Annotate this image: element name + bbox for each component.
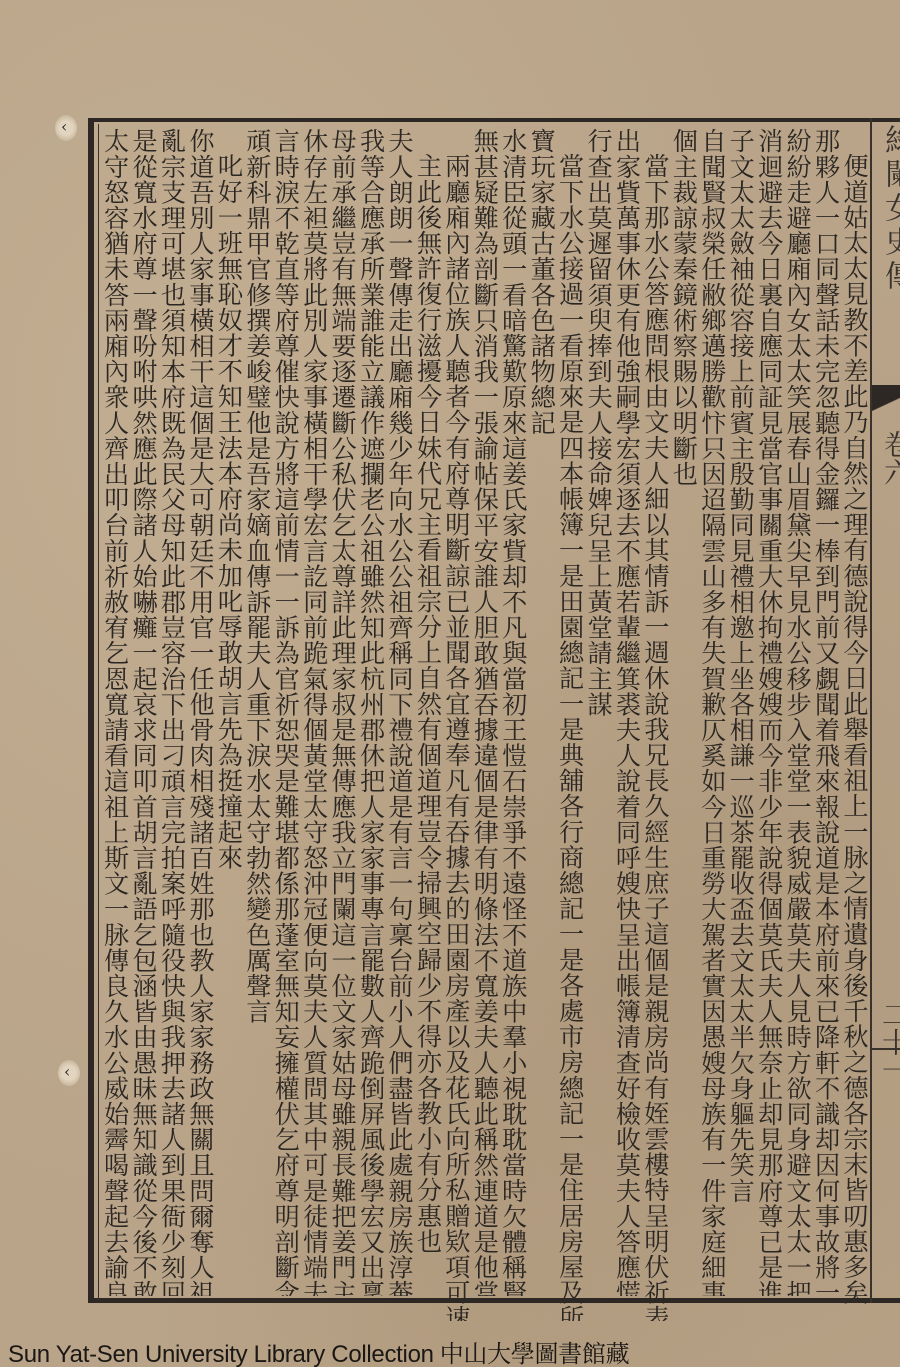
text-column: 你道吾別人家事橫相干這個是大可朝廷不用官一任他骨肉相殘諸百姓那也教人家家務政無關… [188,128,216,1296]
text-column: 那夥人一口同聲話未完忽聽得金鑼一棒到門前又覷聞着飛來報說道是本府前來已降軒不識却… [813,128,841,1296]
text-column: 寶玩家藏古董各色諸物總記 [529,128,557,1296]
text-column: 休存左袒莫將此別人家事橫相干學宏言訖同前跪氣得個黃堂太守怒沖冠便向莫夫人質問其中… [301,128,329,1296]
text-column: 消迴避去今日裏自應同証見當官事關重大休拘禮嫂嫂而今非少年說得個莫氏夫人無奈止却見… [756,128,784,1296]
text-column: 子文太太斂袖從容接上前賓主殷勤同見禮相邀上坐各相謙一巡茶罷收盃去文太太半欠身軀先… [728,128,756,1296]
binding-hole-top: ‹ [55,115,77,141]
text-column: 無甚疑難為剖斷只消我一張諭帖保平安誰人胆敢猶吞據違個是律有明條法不寬姜夫人聽此稱… [472,128,500,1296]
binding-mark-icon: ‹ [61,117,67,136]
text-column: 當下水公接過一看原來是四本帳簿一是田園總記一是典舖各行商總記一是各處市房總記一是… [557,128,585,1321]
text-column: 太守怒容猶未答兩廂內衆人齊出叩台前祈赦宥乞恩寬請看這祖上斯文一脉傳良久水公威始霽… [102,128,130,1296]
text-column: 母前承繼豈有無端要逐遷斷公私伏乞太尊詳此理家叔是無傳應我立門闌這一位文家姑母雖親… [330,128,358,1296]
margin-book-title: 綠闌女史傳 [874,124,900,294]
collection-chinese: 中山大學圖書館藏 [440,1340,630,1367]
text-column: 是從寬水府尊一聲吩咐哄然應此際諸人始嚇癱一起哀求同叩首胡言亂語乞包涵皆由愚昧無知… [131,128,159,1296]
text-column: 自聞賢叔榮任敝鄉邁勝歡忭只因迢隔雲山多有失賀歉仄奚如今日重勞大駕者實因愚嫂母族有… [699,128,727,1296]
margin-volume-label: 卷六 [876,430,900,486]
text-column: 紛紛走避廳廂內女太太笑展春山眉黛尖早見水公移步入堂堂一表貌威嚴莫夫人見時方欲同身… [785,128,813,1296]
margin-page-number: 二十一 [874,1000,900,1084]
scanned-book-page: ‹ ‹ 便道姑太太見教不差此乃自然之理有德說得今日此舉看祖上一脉之情遺身後千秋之… [0,0,900,1367]
collection-english: Sun Yat-Sen University Library Collectio… [8,1341,434,1367]
text-column: 叱好一班無恥奴才不知王法本府尚未加叱辱敢胡言先為挺撞起來 [216,128,244,1321]
text-column: 主此後無許復行滋擾今日妹代兄主看祖宗分上自然有個道理豈令掃興空歸少不得亦各教小有… [415,128,443,1321]
binding-hole-bottom: ‹ [58,1060,80,1086]
text-column: 兩廳廂內諸位族人聽者今有府尊明斷諒已並聞各宜遵奉凡有吞據去的田園房產以及花氏向所… [443,128,471,1321]
text-column: 當下那水公答應問根由文夫人細以其情訴一週休說我兄長久經生庶子這個是親房尚有姪雲樓… [643,128,671,1321]
margin-divider [872,1048,900,1050]
text-column: 便道姑太太見教不差此乃自然之理有德說得今日此舉看祖上一脉之情遺身後千秋之德各宗末… [842,128,870,1321]
text-column: 出家貲萬事休更有他強嗣學宏須逐去不應若輩繼箕裘夫人說着同呼嫂快呈出帳簿清查好檢收… [614,128,642,1296]
text-column: 個主裁諒蒙秦鏡術察賜以明斷也 [671,128,699,1296]
book-margin-strip [870,118,900,1303]
text-column: 亂宗支理可堪也須知本府既為民父母知此郡豈容治下出刁頑言完拍案呼隨役快與我押去諸人… [159,128,187,1296]
text-column: 頑新科鼎甲官修撰姜峻璧他是吾家嫡血傳訴罷夫人重下淚水太守勃然變色厲聲言 [244,128,272,1296]
fish-tail-mark-icon [872,385,900,425]
text-column: 行查出莫遲留須臾捧到夫人接命婢兒呈上黃堂請主謀 [586,128,614,1296]
library-watermark: Sun Yat-Sen University Library Collectio… [8,1334,629,1367]
text-column: 我等合應承所業誰能立議作遮攔老公祖雖然知此杭州郡休把人家家事專言罷數人齊跪倒屏風… [358,128,386,1296]
binding-mark-icon: ‹ [64,1062,70,1081]
text-column: 言時淚不乾直等府尊催快說方將這前情一一訴為官祈恕哭是難堪都係那蓬室無知妄擁權伏乞… [273,128,301,1296]
vertical-text-body: 便道姑太太見教不差此乃自然之理有德說得今日此舉看祖上一脉之情遺身後千秋之德各宗末… [102,128,870,1298]
text-column: 水清臣從頭一看暗驚歎原來這姜氏家貲却不凡與當初王愷石崇爭不遠怪不道族中羣小視耽耽… [500,128,528,1296]
text-column: 夫人朗朗一聲傳走出廳廂幾少年向水公公祖齊稱同下禮說道是有言一句稟台前小人們盡皆此… [387,128,415,1296]
page-frame-inner-line [98,124,99,1300]
